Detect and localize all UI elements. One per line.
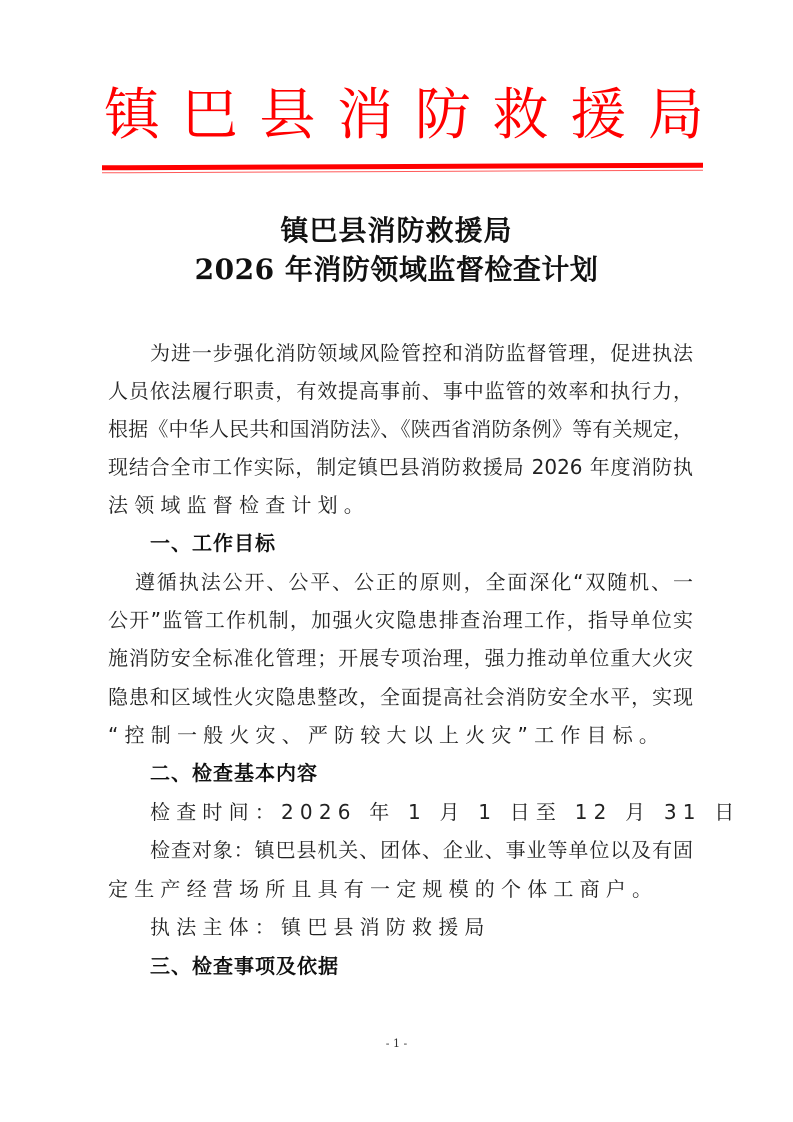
letterhead-divider-thin	[102, 170, 703, 174]
section-heading-items: 三、检查事项及依据	[150, 951, 339, 981]
section-line: 施消防安全标准化管理；开展专项治理，强力推动单位重大火灾	[108, 643, 693, 673]
section-line: “控制一般火灾、严防较大以上火灾”工作目标。	[108, 720, 693, 750]
letterhead-char: 局	[648, 78, 704, 154]
section-heading-goals: 一、工作目标	[150, 528, 276, 558]
letterhead-char: 县	[259, 78, 315, 154]
section-line: 遵循执法公开、公平、公正的原则，全面深化“双随机、一	[135, 567, 693, 597]
inspection-time: 检查时间：2026 年 1 月 1 日至 12 月 31 日	[150, 797, 693, 827]
inspection-target-cont: 定生产经营场所且具有一定规模的个体工商户。	[108, 874, 693, 904]
letterhead-char: 消	[337, 78, 393, 154]
enforcement-body: 执法主体：镇巴县消防救援局	[150, 912, 693, 942]
letterhead-char: 救	[493, 78, 549, 154]
page-number: - 1 -	[0, 1037, 793, 1050]
intro-line: 现结合全市工作实际，制定镇巴县消防救援局 2026 年度消防执	[108, 452, 693, 482]
intro-line: 人员依法履行职责，有效提高事前、事中监管的效率和执行力，	[108, 376, 693, 406]
inspection-target: 检查对象：镇巴县机关、团体、企业、事业等单位以及有固	[150, 835, 693, 865]
section-heading-content: 二、检查基本内容	[150, 758, 318, 788]
intro-line: 法领域监督检查计划。	[108, 490, 693, 520]
document-page: 镇 巴 县 消 防 救 援 局 镇巴县消防救援局 2026 年消防领域监督检查计…	[0, 0, 793, 1122]
letterhead-char: 防	[415, 78, 471, 154]
section-line: 隐患和区域性火灾隐患整改，全面提高社会消防安全水平，实现	[108, 682, 693, 712]
section-line: 公开”监管工作机制，加强火灾隐患排查治理工作，指导单位实	[108, 605, 693, 635]
letterhead-title: 镇 巴 县 消 防 救 援 局	[104, 78, 704, 154]
intro-line: 为进一步强化消防领域风险管控和消防监督管理，促进执法	[150, 338, 693, 368]
letterhead-char: 镇	[104, 78, 160, 154]
document-title-line1: 镇巴县消防救援局	[0, 213, 793, 249]
document-title-line2: 2026 年消防领域监督检查计划	[0, 252, 793, 288]
letterhead-char: 巴	[182, 78, 238, 154]
intro-line: 根据《中华人民共和国消防法》、《陕西省消防条例》等有关规定，	[108, 414, 693, 444]
letterhead-char: 援	[570, 78, 626, 154]
